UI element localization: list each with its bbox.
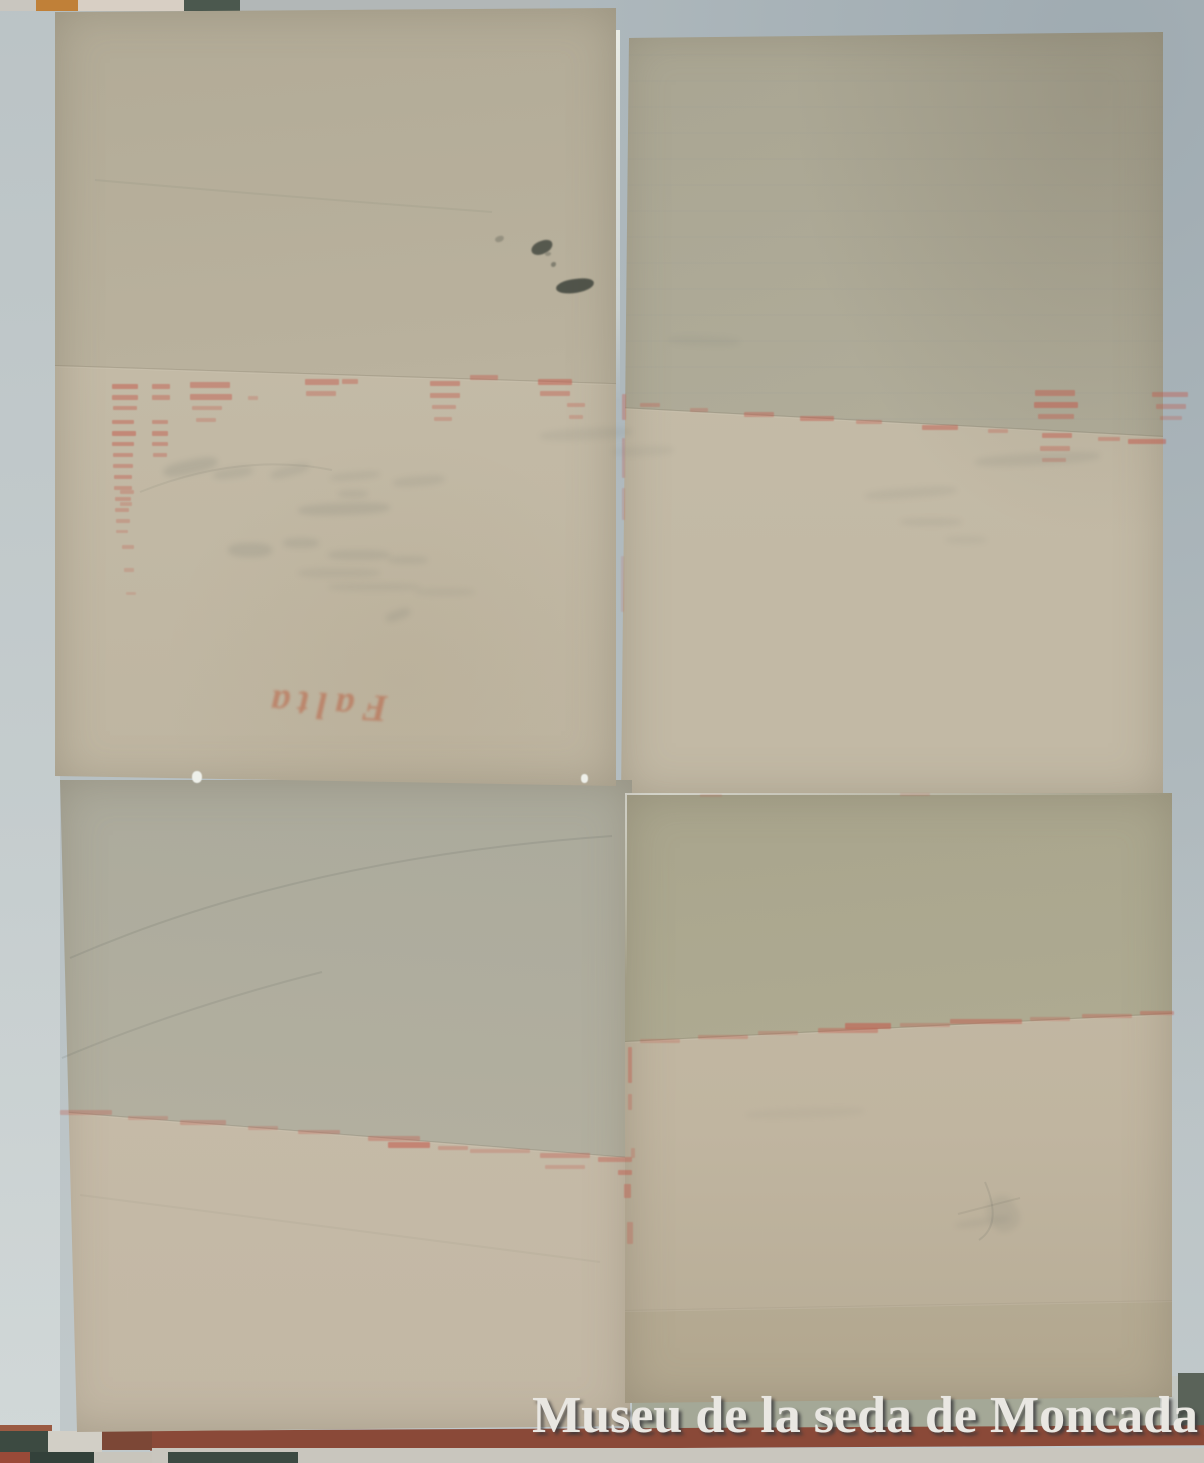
sheet-top-left <box>55 8 616 786</box>
handwritten-falta-note: Falta <box>262 680 389 730</box>
floor-tile <box>94 1452 152 1463</box>
museum-watermark: Museu de la seda de Moncada <box>532 1390 1198 1442</box>
floor-tile <box>48 1431 102 1452</box>
floor-tile <box>102 1431 152 1450</box>
sheet-bottom-right <box>625 793 1172 1403</box>
floor-tile <box>168 1452 298 1463</box>
sheet-top-left-edge-shading <box>55 8 616 786</box>
floor-tile <box>0 1452 30 1463</box>
floor-tile <box>152 1448 1204 1463</box>
photo-scene: Falta Museu de la seda de Moncada <box>0 0 1204 1463</box>
floor-tile <box>0 1431 48 1452</box>
sheet-top-right <box>621 30 1163 798</box>
sheet-bottom-right-edge-shading <box>625 793 1172 1403</box>
sheet-bottom-left <box>58 780 632 1432</box>
floor-tile <box>30 1452 94 1463</box>
sheet-top-right-edge-shading <box>621 30 1163 798</box>
sheet-bottom-left-edge-shading <box>58 780 632 1432</box>
